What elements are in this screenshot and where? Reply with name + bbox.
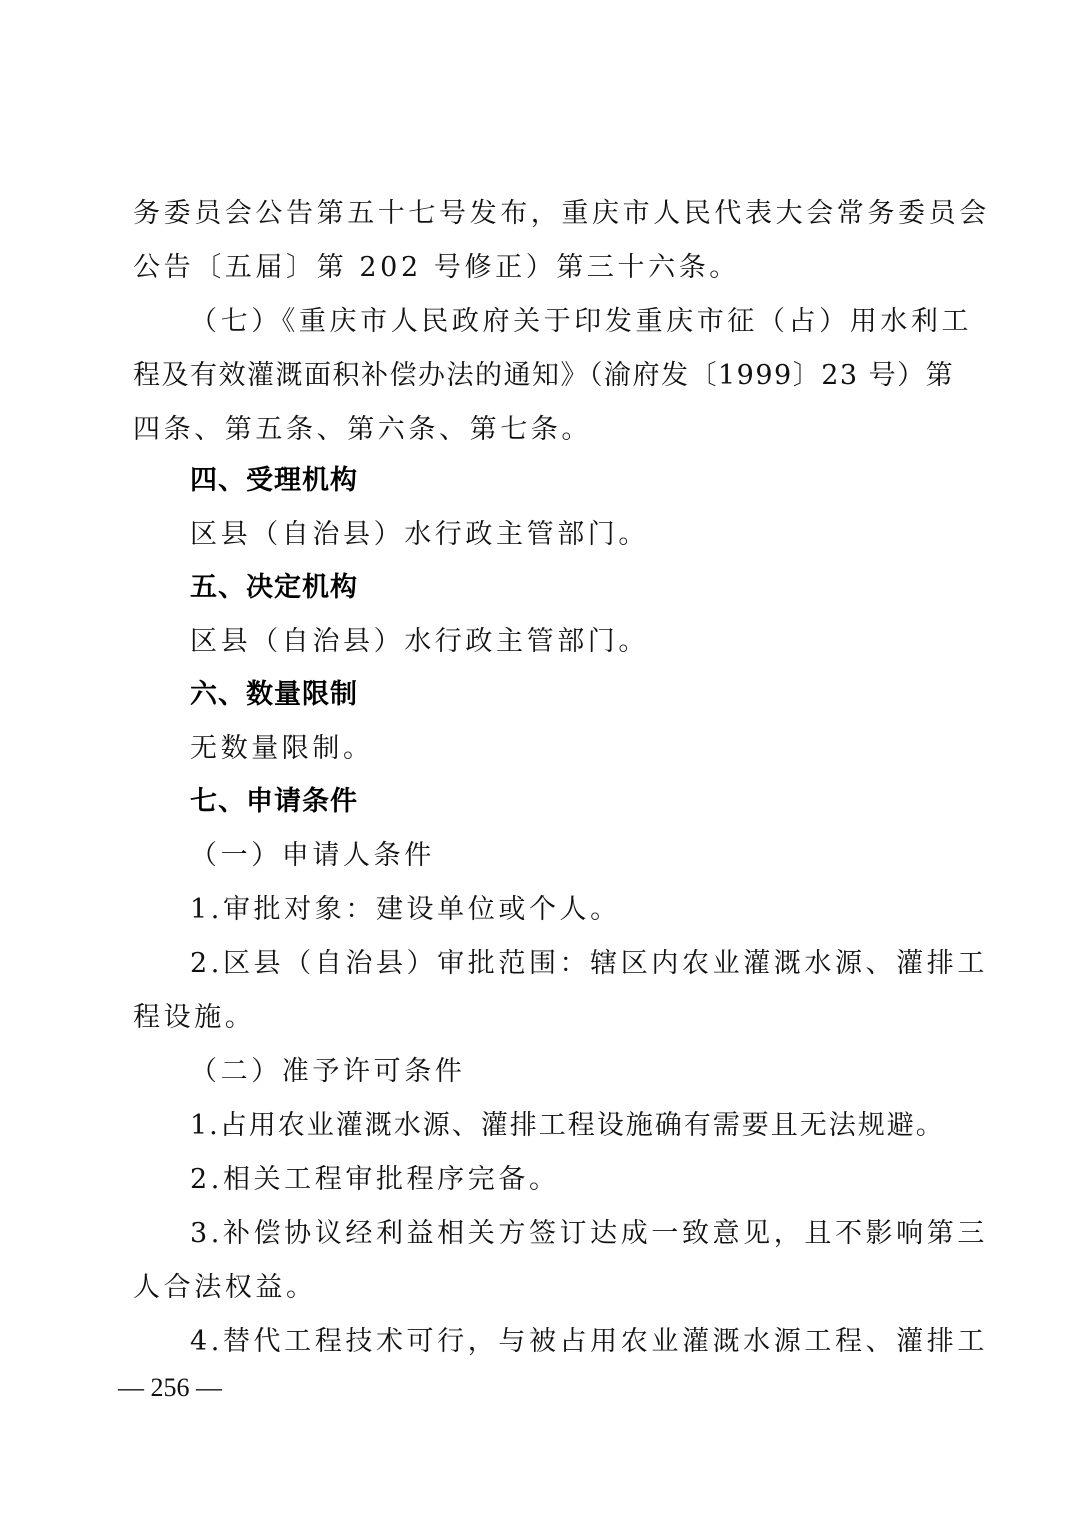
section-body-quantity-limit: 无数量限制。: [190, 732, 1005, 766]
section-body-accepting-authority: 区县（自治县）水行政主管部门。: [190, 518, 1005, 552]
subsection-title-approval-conditions: （二）准予许可条件: [190, 1055, 1005, 1089]
document-page: 务委员会公告第五十七号发布，重庆市人民代表大会常务委员会 公告〔五届〕第 202…: [0, 0, 1074, 1520]
section-heading-accepting-authority: 四、受理机构: [190, 464, 1005, 498]
applicant-condition-item: 1.审批对象：建设单位或个人。: [190, 893, 1005, 927]
approval-condition-item: 3.补偿协议经利益相关方签订达成一致意见，且不影响第三: [190, 1217, 948, 1251]
citation-item-7: （七）《重庆市人民政府关于印发重庆市征（占）用水利工: [190, 305, 948, 339]
applicant-condition-item-continued: 程设施。: [133, 1001, 948, 1035]
approval-condition-item: 2.相关工程审批程序完备。: [190, 1163, 1005, 1197]
body-text-line: 公告〔五届〕第 202 号修正）第三十六条。: [133, 251, 948, 285]
approval-condition-item-continued: 人合法权益。: [133, 1271, 948, 1305]
body-text-line: 程及有效灌溉面积补偿办法的通知》（渝府发〔1999〕23 号）第: [133, 359, 948, 393]
body-text-line: 务委员会公告第五十七号发布，重庆市人民代表大会常务委员会: [133, 197, 948, 231]
approval-condition-item: 1.占用农业灌溉水源、灌排工程设施确有需要且无法规避。: [190, 1109, 1005, 1143]
section-body-deciding-authority: 区县（自治县）水行政主管部门。: [190, 625, 1005, 659]
section-heading-deciding-authority: 五、决定机构: [190, 571, 1005, 605]
body-text-line: 四条、第五条、第六条、第七条。: [133, 413, 948, 447]
section-heading-application-conditions: 七、申请条件: [190, 785, 1005, 819]
section-heading-quantity-limit: 六、数量限制: [190, 678, 1005, 712]
applicant-condition-item: 2.区县（自治县）审批范围：辖区内农业灌溉水源、灌排工: [190, 947, 948, 981]
page-number: — 256 —: [118, 1372, 222, 1404]
subsection-title-applicant-conditions: （一）申请人条件: [190, 839, 1005, 873]
approval-condition-item: 4.替代工程技术可行，与被占用农业灌溉水源工程、灌排工: [190, 1325, 948, 1359]
